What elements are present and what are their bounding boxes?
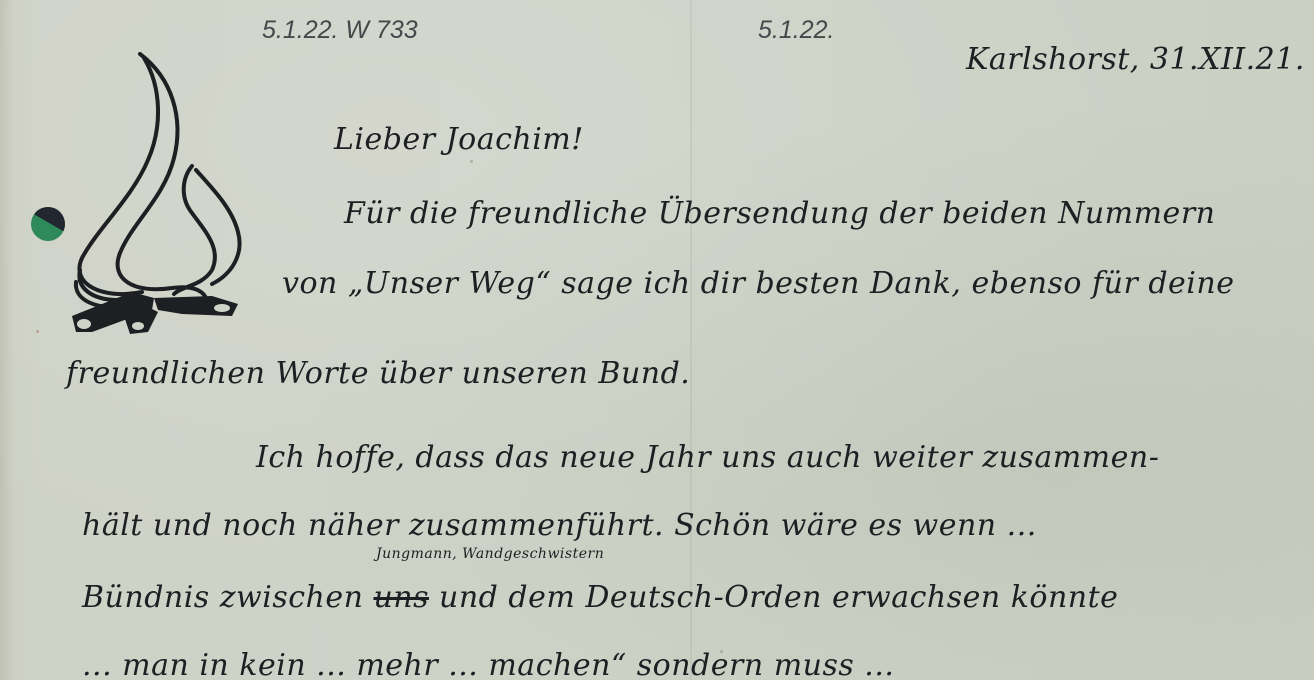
letter-line-4: Ich hoffe, dass das neue Jahr uns auch w… [256, 440, 1159, 475]
green-black-circle-marker-icon [31, 207, 65, 241]
paper-speck [36, 330, 39, 333]
line-6-after: und dem Deutsch-Orden erwachsen könnte [429, 580, 1118, 615]
archive-note-left: 5.1.22. W 733 [262, 16, 418, 45]
salutation: Lieber Joachim! [334, 122, 584, 157]
paper-fold-line [690, 0, 692, 680]
line-6-before: Bündnis zwischen [82, 580, 373, 615]
letter-page: 5.1.22. W 733 5.1.22. Karlshorst, 31.XII… [0, 0, 1314, 680]
paper-speck [470, 160, 473, 163]
letter-line-2: von „Unser Weg“ sage ich dir besten Dank… [282, 266, 1234, 301]
interlinear-insertion: Jungmann, Wandgeschwistern [376, 546, 604, 562]
place-date: Karlshorst, 31.XII.21. [966, 42, 1305, 77]
archive-note-center: 5.1.22. [758, 16, 834, 45]
letter-line-7: ... man in kein ... mehr ... machen“ son… [82, 648, 894, 680]
struck-word: uns [373, 580, 429, 615]
letter-line-6: Bündnis zwischen uns und dem Deutsch-Ord… [82, 580, 1118, 615]
letter-line-3: freundlichen Worte über unseren Bund. [66, 356, 690, 391]
campfire-flame-logo-icon [62, 48, 247, 340]
letter-line-5: hält und noch näher zusammenführt. Schön… [82, 508, 1037, 543]
letter-line-1: Für die freundliche Übersendung der beid… [344, 196, 1215, 231]
